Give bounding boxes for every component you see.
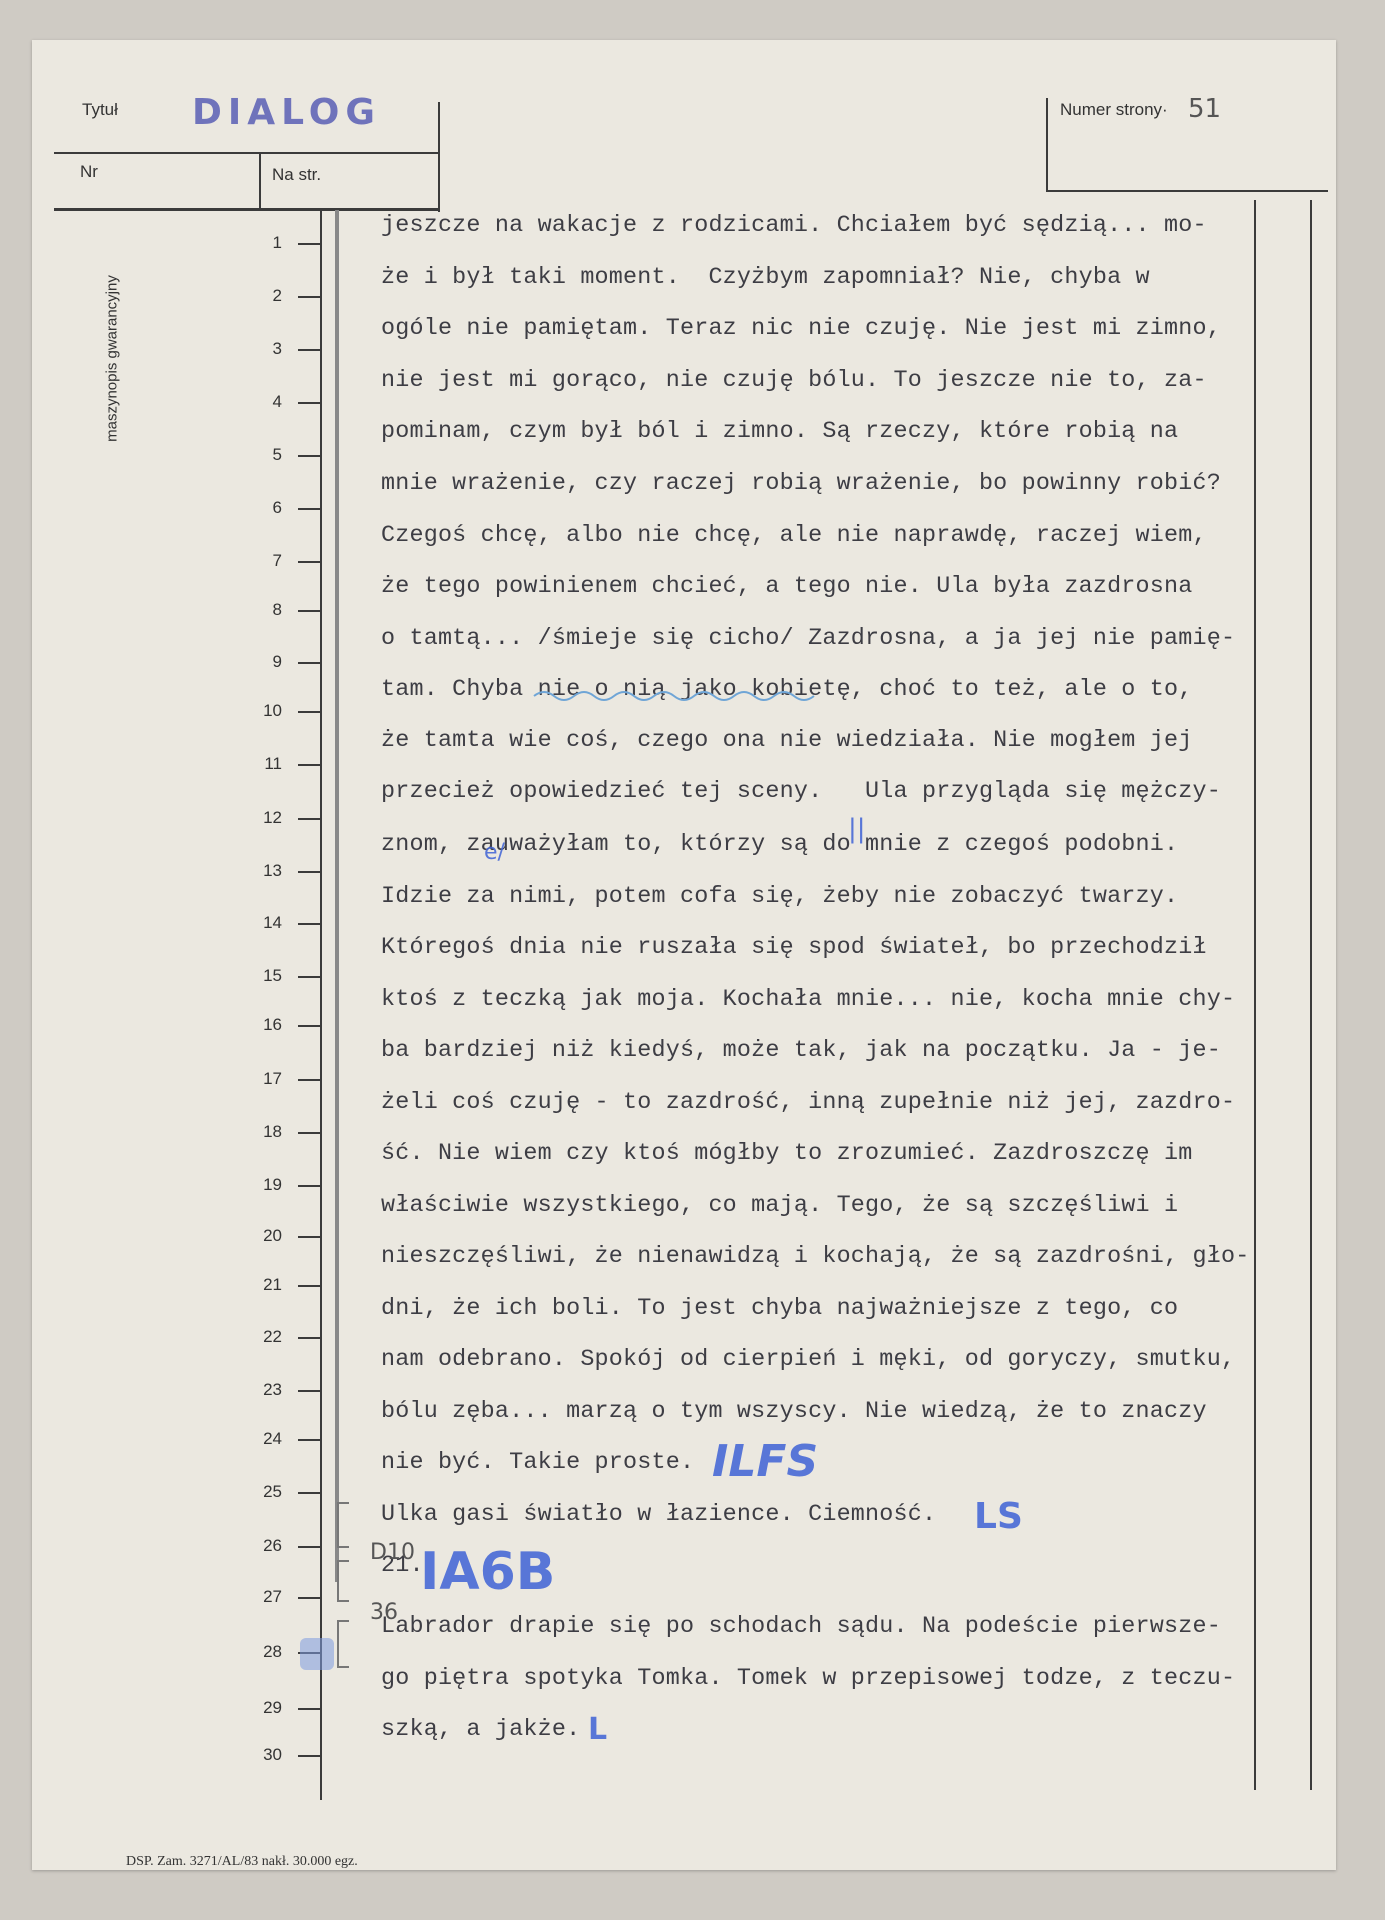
page-number-box-bottom (1046, 190, 1328, 192)
ruler-tick (298, 711, 320, 713)
scene-number-bracket (337, 1560, 349, 1602)
typescript-line: właściwie wszystkiego, co mają. Tego, że… (381, 1193, 1178, 1219)
typescript-line: żeli coś czuję - to zazdrość, inną zupeł… (381, 1090, 1235, 1116)
line-number: 21 (242, 1275, 282, 1295)
line-number: 12 (242, 808, 282, 828)
typescript-line: jeszcze na wakacje z rodzicami. Chciałem… (381, 213, 1207, 239)
form-box-bottom (54, 208, 440, 211)
line-number: 30 (242, 1745, 282, 1765)
ruler-line (320, 210, 322, 1800)
line-number: 19 (242, 1175, 282, 1195)
typescript-line: że i był taki moment. Czyżbym zapomniał?… (381, 265, 1150, 291)
ruler-tick (298, 349, 320, 351)
typescript-line: ść. Nie wiem czy ktoś mógłby to zrozumie… (381, 1141, 1193, 1167)
typescript-line: nam odebrano. Spokój od cierpień i męki,… (381, 1347, 1235, 1373)
line-number: 24 (242, 1429, 282, 1449)
line-number: 17 (242, 1069, 282, 1089)
ruler-tick (298, 1236, 320, 1238)
line-number: 13 (242, 861, 282, 881)
line-number: 8 (242, 600, 282, 620)
line-number: 1 (242, 233, 282, 253)
right-margin-line-1 (1254, 200, 1256, 1790)
typescript-line: Ulka gasi światło w łazience. Ciemność. (381, 1502, 936, 1528)
side-label: maszynopis gwarancyjny (104, 259, 121, 459)
typescript-line: Któregoś dnia nie ruszała się spod świat… (381, 935, 1207, 961)
typescript-line: ba bardziej niż kiedyś, może tak, jak na… (381, 1038, 1221, 1064)
ruler-tick (298, 1025, 320, 1027)
ink-blot (300, 1638, 334, 1670)
ruler-tick (298, 923, 320, 925)
print-footer: DSP. Zam. 3271/AL/83 nakł. 30.000 egz. (126, 1854, 358, 1870)
pencil-note-36: 36 (370, 1600, 398, 1625)
typescript-line: nie być. Takie proste. (381, 1450, 694, 1476)
scene-bracket (337, 1620, 349, 1668)
typescript-line: mnie wrażenie, czy raczej robią wrażenie… (381, 471, 1221, 497)
title-label: Tytuł (82, 100, 118, 120)
line-number: 28 (242, 1642, 282, 1662)
margin-code-ia6b: IA6B (420, 1542, 555, 1602)
typescript-line: Labrador drapie się po schodach sądu. Na… (381, 1614, 1221, 1640)
left-margin-double-line (335, 210, 339, 1582)
line-number: 14 (242, 913, 282, 933)
pencil-note-d10: D10 (370, 1540, 415, 1565)
ruler-tick (298, 662, 320, 664)
ruler-tick (298, 818, 320, 820)
page-number-box-left (1046, 98, 1048, 192)
na-str-label: Na str. (272, 165, 321, 185)
ruler-tick (298, 455, 320, 457)
line-number: 7 (242, 551, 282, 571)
nr-divider (259, 152, 261, 210)
margin-code-ls: LS (974, 1496, 1023, 1537)
line-number: 27 (242, 1587, 282, 1607)
page-number-value: 51 (1188, 94, 1221, 124)
ruler-tick (298, 1708, 320, 1710)
paragraph-mark: || (848, 814, 866, 844)
typescript-line: szką, a jakże. (381, 1717, 580, 1743)
typescript-line: że tego powinienem chcieć, a tego nie. U… (381, 574, 1193, 600)
typescript-line: dni, że ich boli. To jest chyba najważni… (381, 1296, 1178, 1322)
typescript-line: ktoś z teczką jak moja. Kochała mnie... … (381, 987, 1235, 1013)
nr-label: Nr (80, 162, 98, 182)
correction-mark: e/ (484, 840, 505, 865)
typescript-line: go piętra spotyka Tomka. Tomek w przepis… (381, 1666, 1235, 1692)
line-number: 4 (242, 392, 282, 412)
line-number: 11 (242, 754, 282, 774)
line-number: 10 (242, 701, 282, 721)
ruler-tick (298, 764, 320, 766)
ruler-tick (298, 1079, 320, 1081)
ruler-tick (298, 1597, 320, 1599)
line-number: 16 (242, 1015, 282, 1035)
scene-bracket (337, 1502, 349, 1548)
typescript-line: że tamta wie coś, czego ona nie wiedział… (381, 728, 1193, 754)
title-box-right-border (438, 102, 440, 212)
end-mark: L (588, 1712, 607, 1747)
wavy-underline (532, 688, 832, 702)
line-number: 29 (242, 1698, 282, 1718)
right-margin-line-2 (1310, 200, 1312, 1790)
typescript-page: Tytuł DIALOG Nr Na str. Numer strony· 51… (32, 40, 1336, 1870)
ruler-tick (298, 1439, 320, 1441)
margin-code-ilfs: ILFS (712, 1436, 818, 1487)
line-number: 9 (242, 652, 282, 672)
title-stamp: DIALOG (192, 92, 381, 133)
typescript-line: przecież opowiedzieć tej sceny. Ula przy… (381, 779, 1221, 805)
line-number: 20 (242, 1226, 282, 1246)
line-number: 25 (242, 1482, 282, 1502)
ruler-tick (298, 1132, 320, 1134)
line-number: 22 (242, 1327, 282, 1347)
line-number: 15 (242, 966, 282, 986)
ruler-tick (298, 508, 320, 510)
ruler-tick (298, 243, 320, 245)
typescript-line: o tamtą... /śmieje się cicho/ Zazdrosna,… (381, 626, 1235, 652)
typescript-line: Czegoś chcę, albo nie chcę, ale nie napr… (381, 523, 1207, 549)
ruler-tick (298, 1546, 320, 1548)
ruler-tick (298, 1492, 320, 1494)
line-number: 6 (242, 498, 282, 518)
ruler-tick (298, 976, 320, 978)
typescript-line: pominam, czym był ból i zimno. Są rzeczy… (381, 419, 1178, 445)
line-number: 26 (242, 1536, 282, 1556)
typescript-line: nie jest mi gorąco, nie czuję bólu. To j… (381, 368, 1207, 394)
ruler-tick (298, 402, 320, 404)
ruler-tick (298, 1390, 320, 1392)
ruler-tick (298, 1337, 320, 1339)
ruler-tick (298, 1185, 320, 1187)
page-number-label: Numer strony· (1060, 100, 1168, 120)
line-number: 3 (242, 339, 282, 359)
ruler-tick (298, 1285, 320, 1287)
typescript-line: Idzie za nimi, potem cofa się, żeby nie … (381, 884, 1178, 910)
line-number: 5 (242, 445, 282, 465)
ruler-tick (298, 561, 320, 563)
line-number: 18 (242, 1122, 282, 1142)
ruler-tick (298, 1755, 320, 1757)
ruler-tick (298, 610, 320, 612)
ruler-tick (298, 871, 320, 873)
typescript-line: ogóle nie pamiętam. Teraz nic nie czuję.… (381, 316, 1221, 342)
line-number: 2 (242, 286, 282, 306)
typescript-line: nieszczęśliwi, że nienawidzą i kochają, … (381, 1244, 1249, 1270)
ruler-tick (298, 296, 320, 298)
line-number: 23 (242, 1380, 282, 1400)
title-box-divider (54, 152, 440, 154)
typescript-line: bólu zęba... marzą o tym wszyscy. Nie wi… (381, 1399, 1207, 1425)
